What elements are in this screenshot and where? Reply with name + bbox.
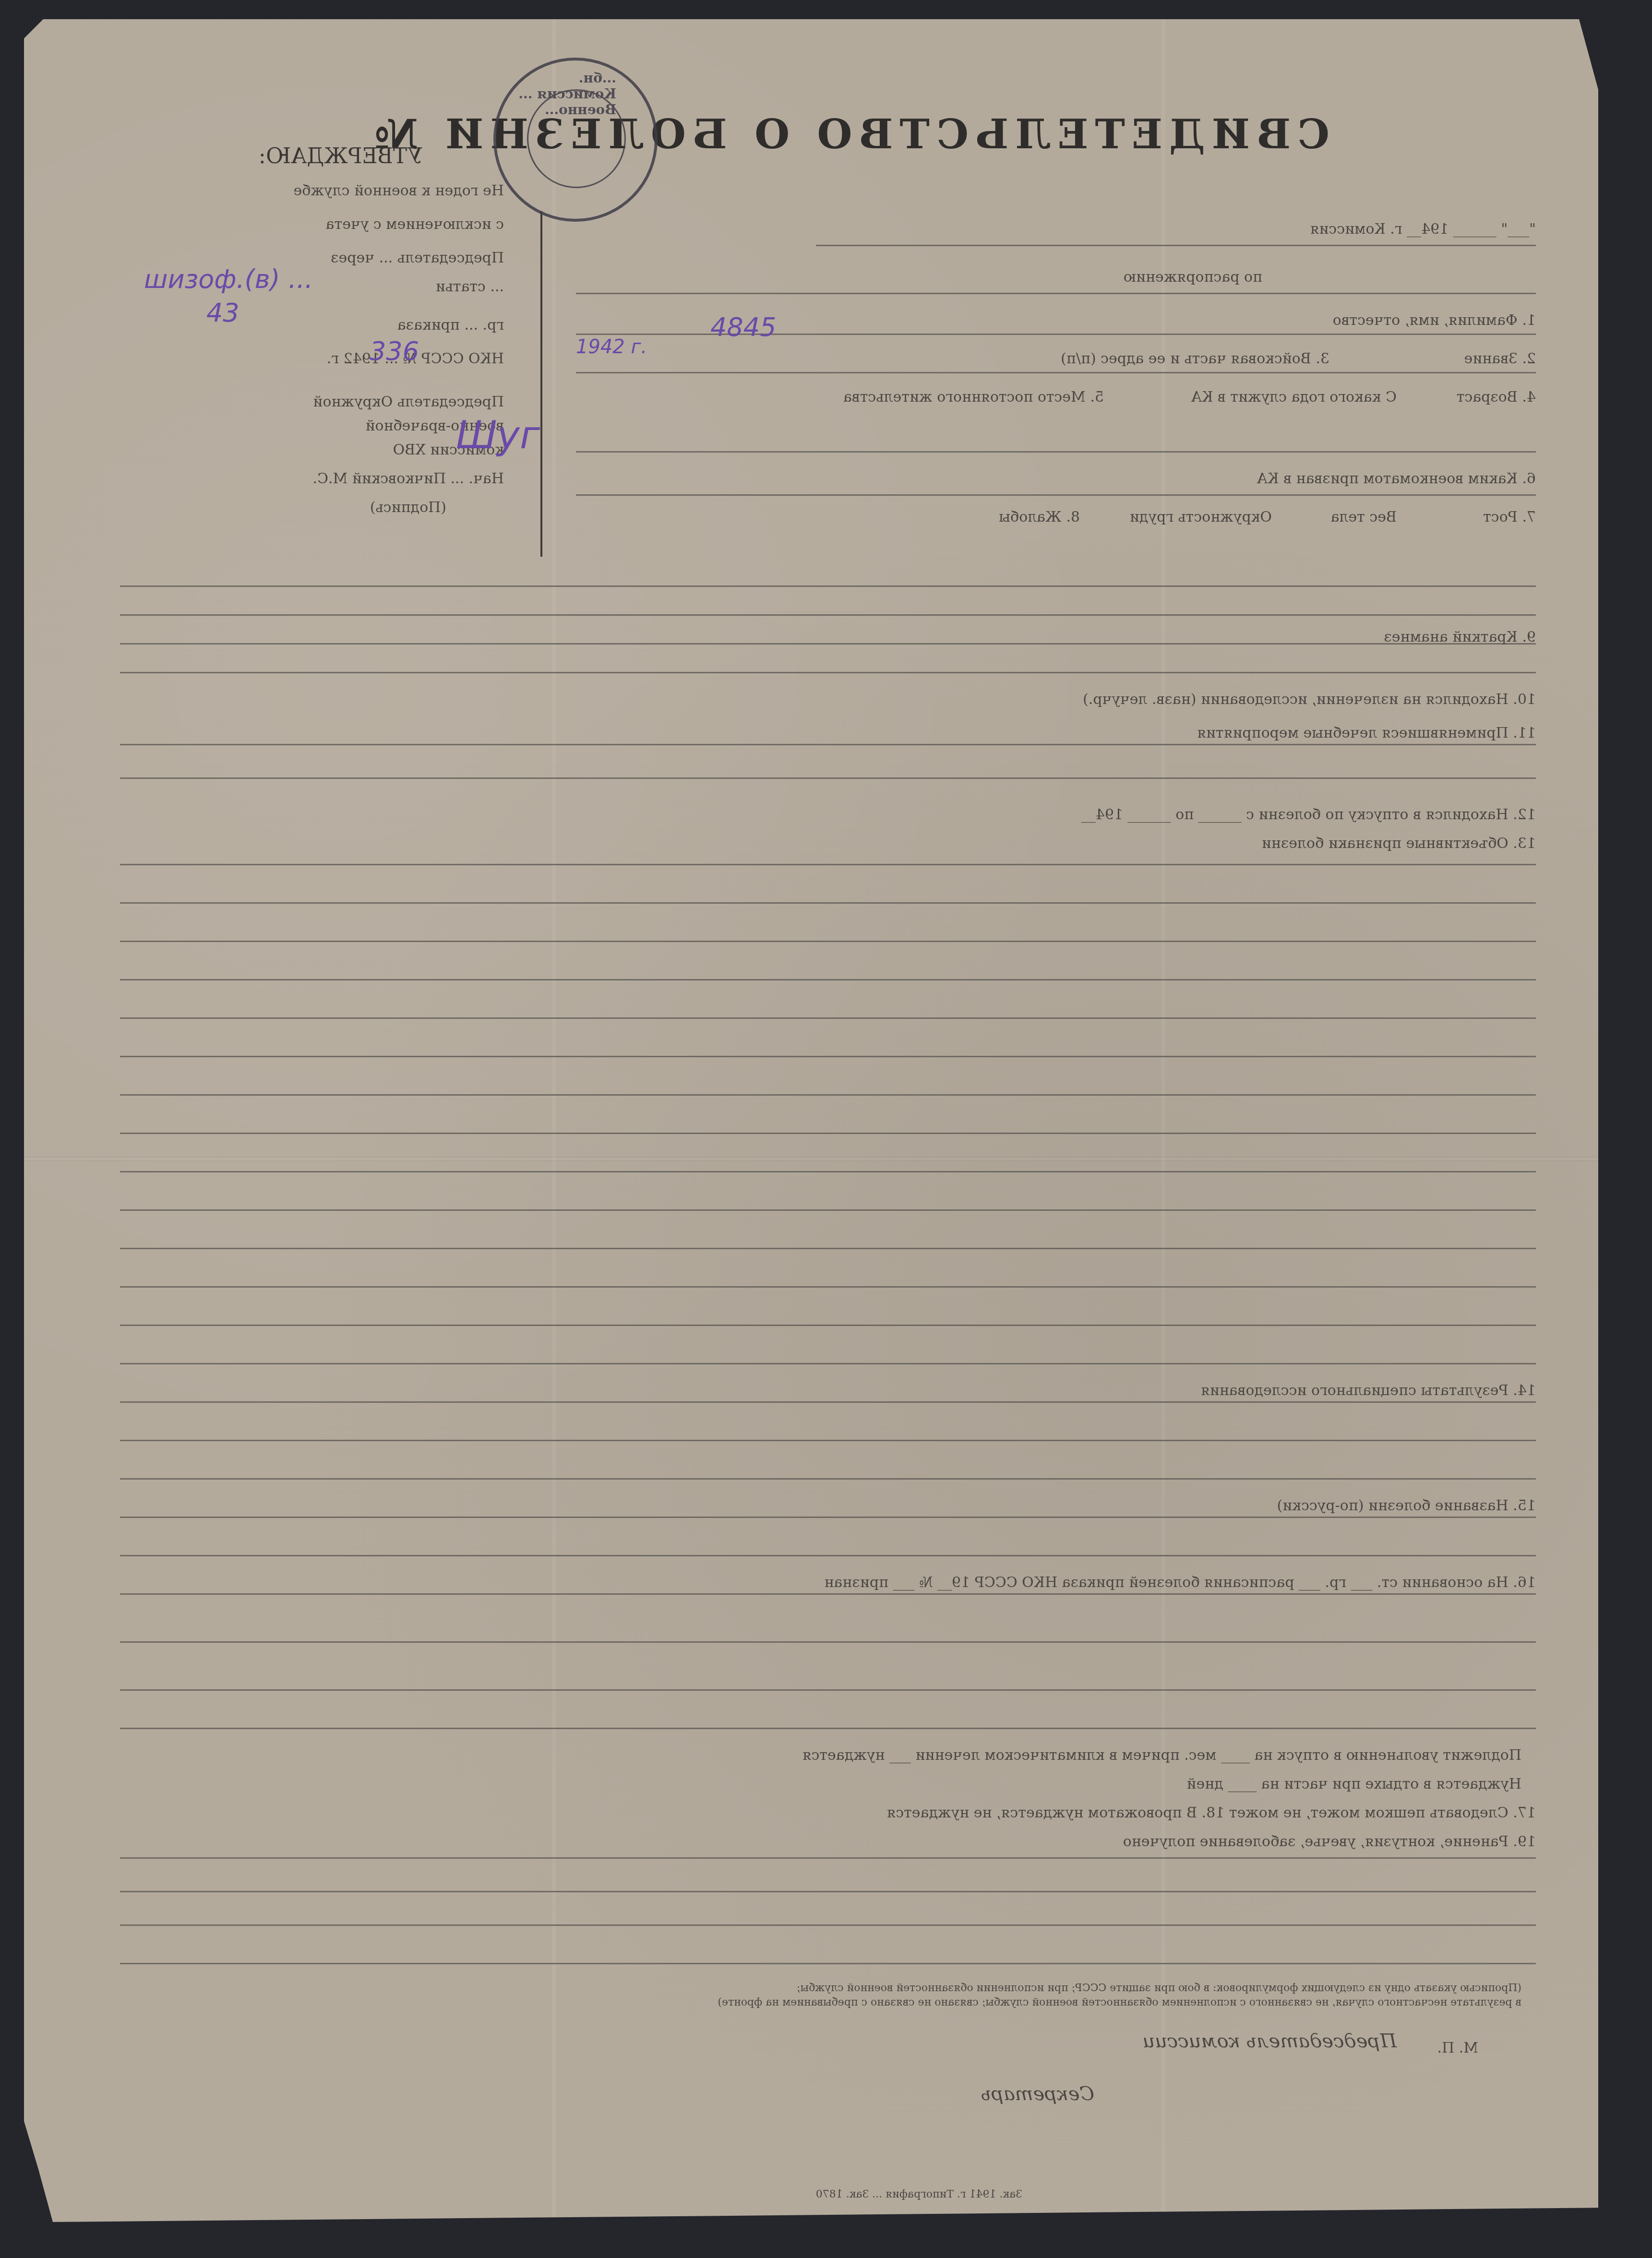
rule bbox=[120, 744, 1536, 745]
approval-line: ... статьи bbox=[436, 278, 504, 295]
rule bbox=[120, 614, 1536, 616]
rule bbox=[576, 494, 1536, 496]
approval-heading: УТВЕРЖДАЮ: bbox=[259, 144, 422, 168]
field-12: 12. Находился в отпуску по болезни с ___… bbox=[1081, 806, 1536, 823]
field-10: 10. Находился на излечении, исследовании… bbox=[1083, 691, 1536, 708]
footnote-line-2: в результате несчастного случая, не связ… bbox=[718, 1996, 1521, 2008]
rule bbox=[120, 1728, 1536, 1729]
approval-line: Председатель Окружной bbox=[313, 394, 504, 410]
field-3: 3. Войсковая часть и ее адрес (п/п) bbox=[1061, 350, 1329, 367]
document-paper: СВИДЕТЕЛЬСТВО О БОЛЕЗНИ № "___" ______ 1… bbox=[24, 19, 1598, 2222]
rule bbox=[576, 293, 1536, 294]
rule bbox=[120, 1689, 1536, 1691]
rule bbox=[120, 1641, 1536, 1643]
rule bbox=[120, 902, 1536, 904]
mirrored-content: СВИДЕТЕЛЬСТВО О БОЛЕЗНИ № "___" ______ 1… bbox=[24, 19, 1598, 2222]
rule bbox=[120, 777, 1536, 779]
rule bbox=[120, 864, 1536, 865]
approval-line: Не годен к военной службе bbox=[294, 182, 504, 199]
rule bbox=[120, 1094, 1536, 1096]
rule bbox=[120, 1440, 1536, 1441]
approval-line: (Подпись) bbox=[370, 499, 446, 516]
handwritten-year: 1942 г. bbox=[576, 336, 647, 358]
field-16: 16. На основании ст. ___ гр. ___ расписа… bbox=[824, 1574, 1536, 1591]
field-weight: Вес тела bbox=[1331, 509, 1397, 526]
field-7: 7. Рост bbox=[1483, 509, 1536, 526]
field-14: 14. Результаты специального исследования bbox=[1201, 1382, 1536, 1399]
rule bbox=[120, 1286, 1536, 1288]
handwritten-article: 43 bbox=[206, 298, 239, 328]
rule bbox=[120, 1363, 1536, 1364]
field-13: 13. Объективные признаки болезни bbox=[1262, 835, 1536, 852]
rule bbox=[120, 1209, 1536, 1211]
approval-line: с исключением с учета bbox=[326, 216, 504, 233]
approval-line: Нач. ... Пичковский М.С. bbox=[312, 470, 504, 487]
rule bbox=[120, 643, 1536, 645]
field-8: 8. Жалобы bbox=[999, 509, 1080, 526]
field-rest: Нуждается в отдыхе при части на ____ дне… bbox=[1186, 1776, 1521, 1792]
rule bbox=[120, 1555, 1536, 1556]
footnote-line-1: (Прописью указать одну из следующих форм… bbox=[797, 1982, 1521, 1994]
rule bbox=[120, 979, 1536, 980]
field-19: 19. Ранение, контузия, увечье, заболеван… bbox=[1123, 1833, 1536, 1850]
chair-signature-label: Председатель комиссии bbox=[1142, 2030, 1397, 2052]
rule bbox=[816, 245, 1536, 246]
rule bbox=[120, 1478, 1536, 1480]
field-chest: Окружность груди bbox=[1130, 509, 1272, 526]
rule bbox=[120, 1133, 1536, 1134]
rule bbox=[576, 372, 1536, 373]
rule bbox=[120, 1593, 1536, 1595]
stamp-place-mark: М. П. bbox=[1437, 2040, 1479, 2056]
rule bbox=[120, 1017, 1536, 1019]
stamp-text: ...бн. Комиссия ... Военно... bbox=[496, 70, 616, 118]
field-leave: Подлежит увольнению в отпуск на ____ мес… bbox=[802, 1747, 1521, 1764]
rule bbox=[120, 672, 1536, 673]
field-2: 2. Звание bbox=[1464, 350, 1536, 367]
handwritten-order-number: 336 bbox=[370, 336, 419, 366]
field-1: 1. Фамилия, имя, отчество bbox=[1333, 312, 1536, 329]
printer-line: Зак. 1941 г. Типография ... Зак. 1870 bbox=[816, 2188, 1022, 2200]
handwritten-diagnosis: шизоф.(в) ... bbox=[144, 264, 313, 294]
rule bbox=[120, 1401, 1536, 1403]
field-4: 4. Возраст bbox=[1457, 389, 1536, 406]
approval-divider bbox=[540, 211, 542, 557]
field-5: 5. Место постоянного жительства bbox=[843, 389, 1104, 406]
field-service-year: С какого года служит в КА bbox=[1191, 389, 1397, 406]
rule bbox=[120, 941, 1536, 942]
rule bbox=[120, 1056, 1536, 1057]
rule bbox=[120, 1924, 1536, 1926]
official-stamp: ...бн. Комиссия ... Военно... bbox=[493, 58, 658, 222]
approval-line: Председатель ... через bbox=[331, 250, 504, 266]
field-15: 15. Название болезни (по-русски) bbox=[1277, 1497, 1536, 1514]
secretary-signature-label: Секретарь bbox=[981, 2083, 1094, 2105]
field-6: 6. Каким военкоматом призван в КА bbox=[1257, 470, 1536, 487]
handwritten-signature: Шуг bbox=[456, 413, 540, 457]
rule bbox=[120, 1517, 1536, 1518]
field-11: 11. Применявшиеся лечебные мероприятия bbox=[1197, 725, 1536, 741]
handwritten-number: 4845 bbox=[710, 312, 776, 342]
rule bbox=[120, 1891, 1536, 1892]
date-line: "___" ______ 194__ г. Комиссия bbox=[1310, 221, 1536, 238]
rule bbox=[120, 1857, 1536, 1859]
field-17-18: 17. Следовать пешком может, не может 18.… bbox=[887, 1804, 1536, 1821]
rule bbox=[120, 1248, 1536, 1249]
approval-line: гр. ... приказа bbox=[397, 317, 504, 334]
rule bbox=[576, 451, 1536, 453]
order-line: по распоряжению bbox=[1124, 269, 1262, 286]
rule bbox=[120, 1171, 1536, 1172]
rule bbox=[120, 1963, 1536, 1964]
rule bbox=[120, 1325, 1536, 1326]
rule bbox=[120, 585, 1536, 587]
